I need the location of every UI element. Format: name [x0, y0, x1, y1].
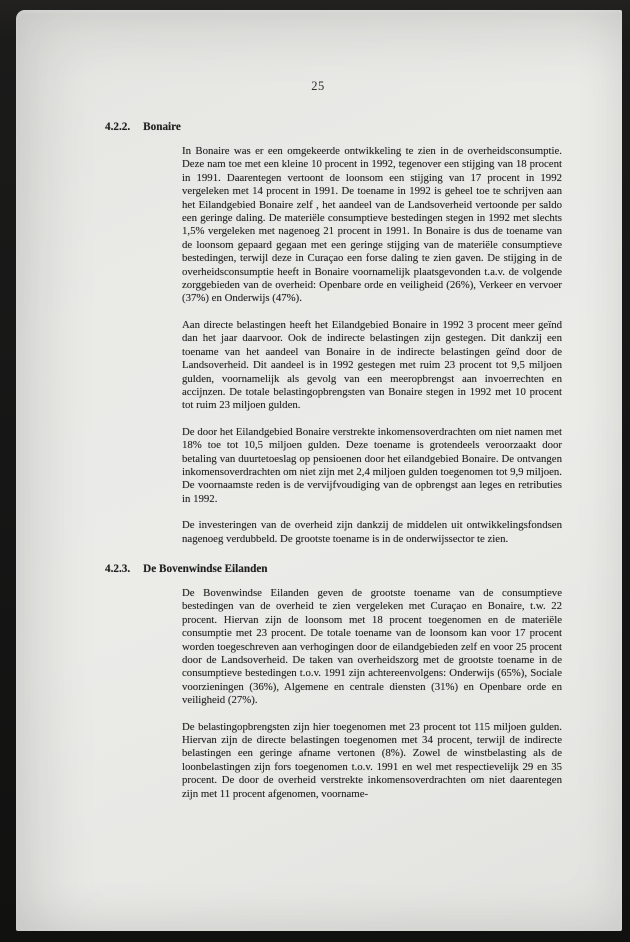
- paragraph: De belastingopbrengsten zijn hier toegen…: [182, 721, 562, 801]
- section-heading: 4.2.2.Bonaire: [105, 121, 622, 133]
- section-title: Bonaire: [143, 121, 181, 133]
- section-body: In Bonaire was er een omgekeerde ontwikk…: [182, 145, 562, 546]
- section-number: 4.2.2.: [105, 121, 130, 133]
- document-page: 25 4.2.2.Bonaire In Bonaire was er een o…: [16, 10, 622, 931]
- paragraph: De Bovenwindse Eilanden geven de grootst…: [182, 587, 562, 708]
- paragraph: De investeringen van de overheid zijn da…: [182, 519, 562, 546]
- scan-background: 25 4.2.2.Bonaire In Bonaire was er een o…: [0, 0, 630, 942]
- section-bonaire: 4.2.2.Bonaire In Bonaire was er een omge…: [16, 121, 622, 546]
- page-number: 25: [298, 79, 338, 94]
- paragraph: In Bonaire was er een omgekeerde ontwikk…: [182, 145, 562, 306]
- section-title: De Bovenwindse Eilanden: [143, 563, 267, 575]
- section-number: 4.2.3.: [105, 563, 130, 575]
- section-body: De Bovenwindse Eilanden geven de grootst…: [182, 587, 562, 801]
- section-bovenwindse-eilanden: 4.2.3.De Bovenwindse Eilanden De Bovenwi…: [16, 563, 622, 801]
- book-page-curl: [0, 24, 16, 934]
- paragraph: De door het Eilandgebied Bonaire verstre…: [182, 426, 562, 506]
- paragraph: Aan directe belastingen heeft het Eiland…: [182, 319, 562, 413]
- section-heading: 4.2.3.De Bovenwindse Eilanden: [105, 563, 622, 575]
